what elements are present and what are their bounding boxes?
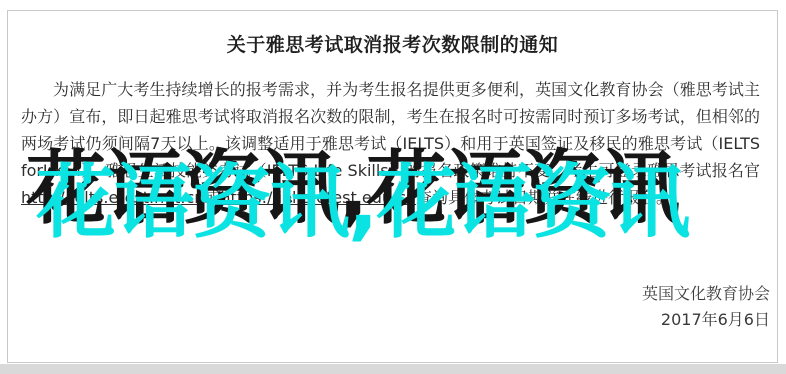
organization-name: 英国文化教育协会: [642, 281, 770, 307]
signature-block: 英国文化教育协会 2017年6月6日: [642, 281, 770, 333]
document-page: 关于雅思考试取消报考次数限制的通知 为满足广大考生持续增长的报考需求，并为考生报…: [7, 10, 778, 363]
notice-date: 2017年6月6日: [642, 307, 770, 333]
registration-url-link[interactable]: http://ielts.etest.net.cn: [21, 188, 204, 207]
body-line-5: http://ielts.etest.net.cn或https://ielts.…: [21, 184, 760, 211]
registration-url-link-alt[interactable]: https://ielts.etest.edu.cn: [220, 188, 416, 207]
page-outside-area: [0, 364, 786, 374]
url-conjunction: 或: [204, 188, 220, 207]
notice-body: 为满足广大考生持续增长的报考需求，并为考生报名提供更多便利，英国文化教育协会（雅…: [21, 76, 760, 211]
last-line-rest: 查询具体考试日期并在线进行报名。: [416, 188, 672, 207]
body-line-4: forUKVI）、雅思生活技能类考试（IELTS Life Skills）的报名…: [21, 157, 760, 184]
notice-title: 关于雅思考试取消报考次数限制的通知: [8, 33, 777, 57]
body-line-2: 办方）宣布，即日起雅思考试将取消报名次数的限制，考生在报名时可按需同时预订多场考…: [21, 103, 760, 130]
body-line-1: 为满足广大考生持续增长的报考需求，并为考生报名提供更多便利，英国文化教育协会（雅…: [21, 76, 760, 103]
body-line-3: 两场考试仍须间隔7天以上。该调整适用于雅思考试（IELTS）和用于英国签证及移民…: [21, 130, 760, 157]
